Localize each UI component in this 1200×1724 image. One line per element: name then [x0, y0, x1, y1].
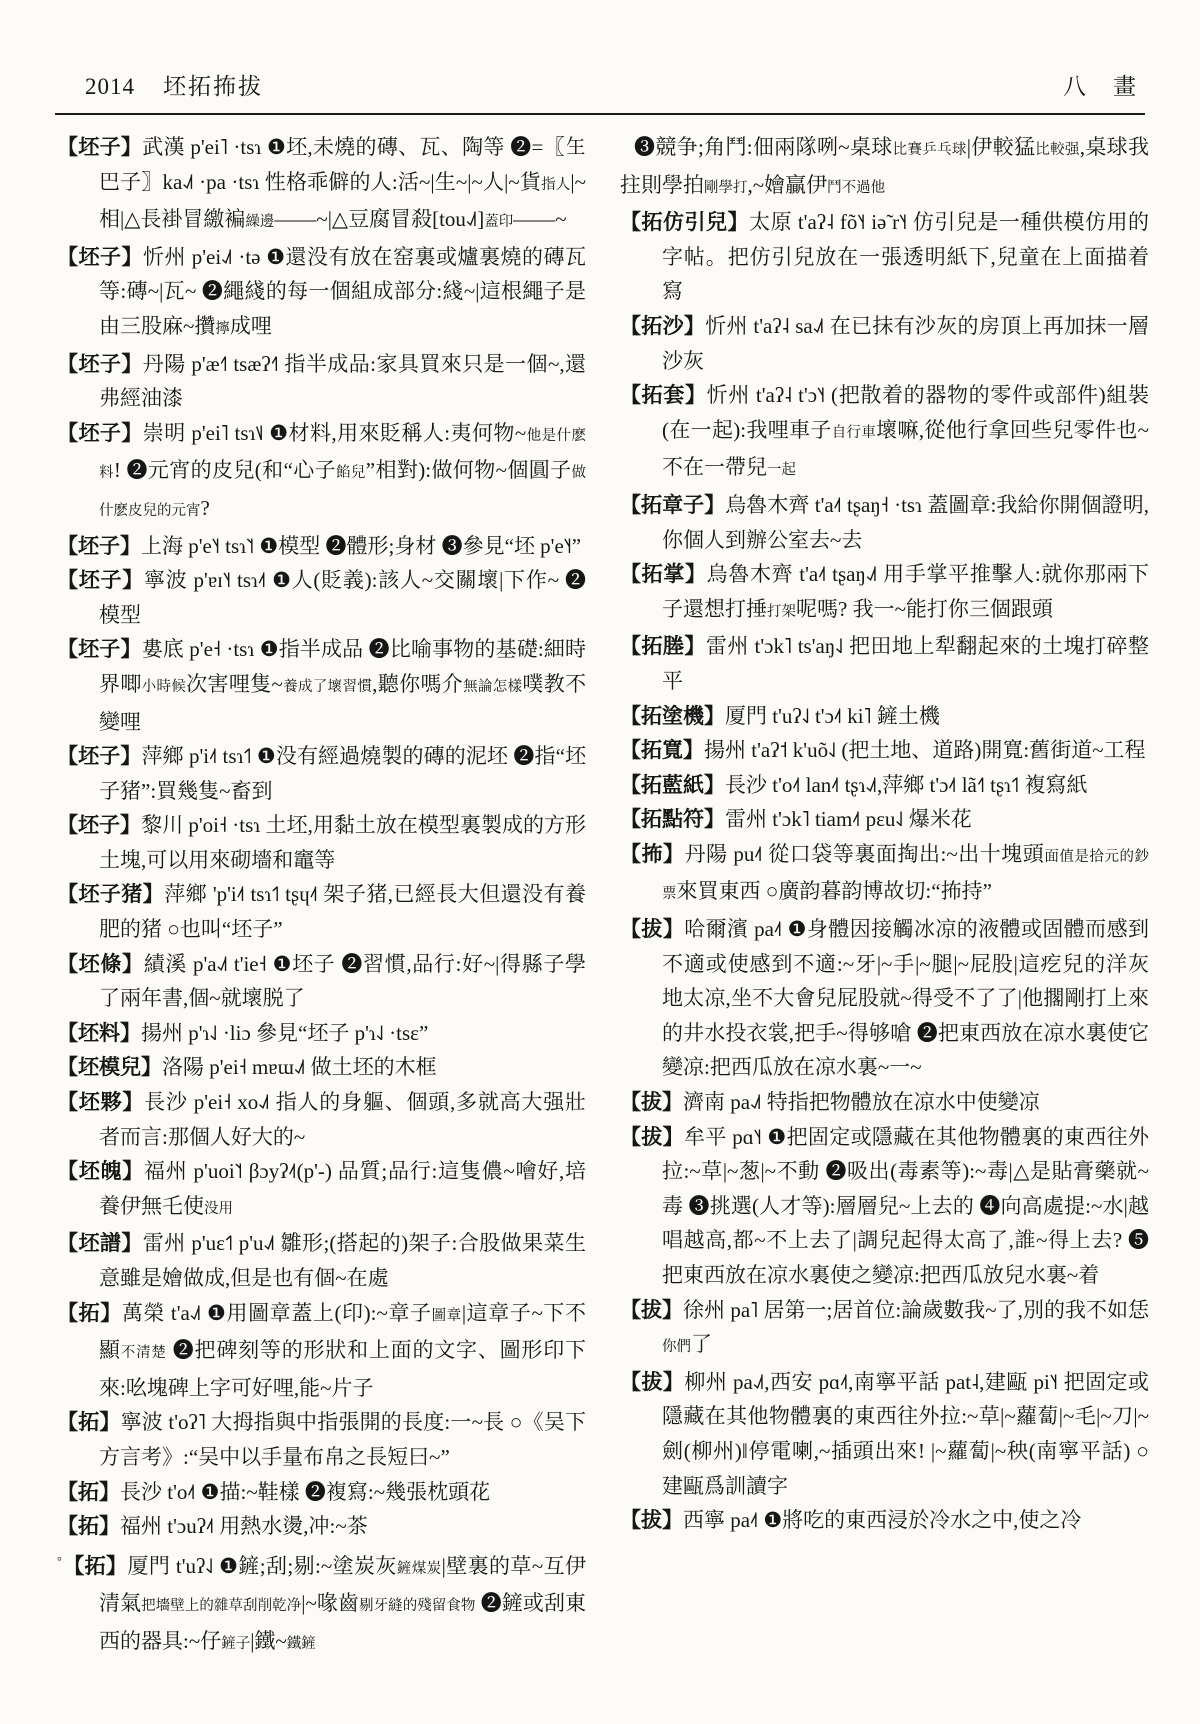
dictionary-entry: 【拓塗機】厦門 t'uʔ˨˩ t'ɔ˨˦ ki˥ 鏟土機 — [620, 699, 1149, 734]
entry-headword: 【拓章子】 — [620, 493, 725, 517]
entry-headword: 【拓】 — [57, 1410, 121, 1434]
dictionary-entry: 【坯子猪】萍鄉 'p'i˨˦ tsɿ˦˥ tʂɥ˨˦ 架子猪,已經長大但還没有養… — [57, 877, 586, 946]
dictionary-entry: 【拓】長沙 t'o˨˦ ❶描:~鞋樣 ❷複寫:~幾張枕頭花 — [57, 1475, 586, 1510]
gloss-small-text: 不清楚 — [121, 1345, 167, 1361]
column-left: 【坯子】武漢 p'ei˥ ·tsɿ ❶坯,未燒的磚、瓦、陶等 ❷=〖玍巴子〗ka… — [57, 130, 586, 1662]
dictionary-entry: 【拔】徐州 pa˥ 居第一;居首位:論歲數我~了,別的我不如恁你們了 — [620, 1293, 1149, 1365]
dictionary-entry: °【拓】厦門 t'uʔ˨˩ ❶鏟;刮;剔:~塗炭灰鏟煤炭|壁裏的草~互伊清氣把墻… — [57, 1544, 586, 1662]
entry-headword: 【坯模兒】 — [57, 1055, 162, 1079]
entry-headword: 【拓掌】 — [620, 562, 707, 586]
gloss-small-text: 剛學打 — [704, 180, 748, 196]
dictionary-entry: 【坯子】上海 p'e˥˧ tsɿ˥˦ ❶模型 ❷體形;身材 ❸參見“坯 p'e˥… — [57, 529, 586, 564]
page-header: 2014 坯拓抪拔 八 畫 — [85, 68, 1138, 101]
gloss-small-text: 比較强 — [1035, 142, 1079, 158]
entry-headword: 【坯夥】 — [57, 1090, 144, 1114]
dictionary-entry: 【拓塍】雷州 t'ɔk˥ ts'aŋ˨˩ 把田地上犁翻起來的土塊打碎整平 — [620, 629, 1149, 698]
dictionary-entry: 【坯譜】雷州 p'uɛ˦˥ p'u˨˩˦ 雛形;(搭起的)架子:合股做果菜生意雖… — [57, 1226, 586, 1295]
gloss-small-text: 養成了壞習慣 — [283, 679, 372, 695]
dictionary-entry: 【拓點符】雷州 t'ɔk˥ tiam˨˦ pɛu˨˩ 爆米花 — [620, 802, 1149, 837]
entry-headword: 【坯魄】 — [57, 1159, 144, 1183]
stroke-section-label: 八 畫 — [1063, 68, 1138, 101]
text-columns: 【坯子】武漢 p'ei˥ ·tsɿ ❶坯,未燒的磚、瓦、陶等 ❷=〖玍巴子〗ka… — [57, 130, 1149, 1662]
dictionary-entry: 【坯子】丹陽 p'æ˧˥ tsæʔ˧˥ 指半成品:家具買來只是一個~,還弗經油漆 — [57, 347, 586, 416]
gloss-small-text: 鏟子 — [221, 1636, 250, 1652]
header-rule — [55, 113, 1145, 115]
gloss-small-text: 餡兒 — [336, 465, 366, 481]
entry-headword: 【拓】 — [63, 1554, 128, 1578]
dictionary-entry: 【坯子】萍鄉 p'i˨˦ tsɿ˦˥ ❶没有經過燒製的磚的泥坯 ❷指“坯子猪”:… — [57, 739, 586, 808]
gloss-small-text: 一起 — [767, 462, 796, 478]
dictionary-entry: 【拔】柳州 pa˨˩˦,西安 pɑ˨˦,南寧平話 pat˨,建甌 pi˥˧ 把固… — [620, 1365, 1149, 1503]
dictionary-entry: 【坯模兒】洛陽 p'ei˧ mɐɯ˨˩˦ 做土坯的木框 — [57, 1050, 586, 1085]
gloss-small-text: 鐵鏟 — [287, 1636, 316, 1652]
entry-headword: 【拔】 — [620, 1125, 684, 1149]
entry-headword: 【拓塗機】 — [620, 704, 725, 728]
dictionary-entry: 【拔】牟平 pɑ˥˧ ❶把固定或隱藏在其他物體裏的東西往外拉:~草|~葱|~不動… — [620, 1120, 1149, 1293]
dictionary-entry: 【坯子】武漢 p'ei˥ ·tsɿ ❶坯,未燒的磚、瓦、陶等 ❷=〖玍巴子〗ka… — [57, 130, 586, 240]
entry-headword: 【坯子】 — [57, 744, 141, 768]
dictionary-entry: 【拓章子】烏魯木齊 t'a˨˦ tʂaŋ˧ ·tsɿ 蓋圖章:我給你開個證明,你… — [620, 488, 1149, 557]
gloss-small-text: 無論怎樣 — [463, 679, 522, 695]
entry-headword: 【坯子】 — [57, 534, 141, 558]
dictionary-entry: 【坯子】婁底 p'e˧ ·tsɿ ❶指半成品 ❷比喻事物的基礎:細時界唧小時候次… — [57, 632, 586, 739]
dictionary-entry: 【坯料】揚州 p'ɿ˨˩ ·liɔ 參見“坯子 p'ɿ˨˩ ·tsɛ” — [57, 1016, 586, 1051]
entry-headword: 【拓套】 — [620, 383, 707, 407]
gloss-small-text: 圖章 — [432, 1308, 462, 1324]
dictionary-entry: 【拓藍紙】長沙 t'o˨˦ lan˨˦ tʂɿ˨˩˦,萍鄉 t'ɔ˨˦ lã˧˥… — [620, 768, 1149, 803]
gloss-small-text: 鬥不過他 — [827, 180, 885, 196]
header-left: 2014 坯拓抪拔 — [85, 68, 263, 101]
gloss-small-text: 繰邊 — [245, 214, 274, 230]
entry-headword: 【坯子】 — [57, 637, 142, 661]
entry-headword: 【坯子猪】 — [57, 882, 164, 906]
dictionary-entry: 【拓】寧波 t'oʔ˥ 大拇指與中指張開的長度:一~長 ○《吴下方言考》:“吴中… — [57, 1405, 586, 1474]
dictionary-entry: 【坯子】崇明 p'ei˥ tsɿ˦˩ ❶材料,用來貶稱人:夷何物~他是什麽料! … — [57, 416, 586, 529]
dictionary-entry: 【拔】濟南 pa˨˩˦ 特指把物體放在凉水中使變凉 — [620, 1085, 1149, 1120]
gloss-small-text: 打架 — [767, 604, 796, 620]
entry-headword: 【坯子】 — [57, 421, 143, 445]
dictionary-entry: 【坯魄】福州 p'uoi˥˦ βɔyʔ˨˦(p'-) 品質;品行:這隻儂~噲好,… — [57, 1154, 586, 1226]
dictionary-entry: 【拓寬】揚州 t'aʔ˦ k'uõ˨˩ (把土地、道路)開寬:舊街道~工程 — [620, 733, 1149, 768]
gloss-small-text: 面值是拾元的鈔票 — [662, 849, 1149, 903]
entry-headword: 【拓寬】 — [620, 738, 704, 762]
dictionary-entry: 【坯條】績溪 p'a˨˩˦ t'ie˧ ❶坯子 ❷習慣,品行:好~|得縣子學了兩… — [57, 947, 586, 1016]
entry-headword: 【坯料】 — [57, 1021, 141, 1045]
entry-headword: 【坯子】 — [57, 135, 142, 159]
entry-headword: 【坯子】 — [57, 352, 143, 376]
dictionary-entry: 【拓掌】烏魯木齊 t'a˨˦ tʂaŋ˨˩˦ 用手掌平推擊人:就你那兩下子還想打… — [620, 557, 1149, 629]
dictionary-entry: ❸競争;角鬥:佃兩隊咧~桌球比賽乒乓球|伊較猛比較强,桌球我拄則學拍剛學打,~嬒… — [620, 130, 1149, 205]
dictionary-entry: 【抪】丹陽 pu˨˦ 從口袋等裏面掏出:~出十塊頭面值是拾元的鈔票來買東西 ○廣… — [620, 837, 1149, 912]
gloss-small-text: 自行車 — [832, 425, 876, 441]
dictionary-entry: 【拓】萬榮 t'a˨˩˦ ❶用圖章蓋上(印):~章子圖章|這章子~下不顯不清楚 … — [57, 1296, 586, 1406]
dictionary-entry: 【坯夥】長沙 p'ei˧ xo˨˩˦ 指人的身軀、個頭,多就高大强壯者而言:那個… — [57, 1085, 586, 1154]
gloss-small-text: 鏟煤炭 — [397, 1561, 442, 1577]
dictionary-entry: 【拔】西寧 pa˨˦ ❶將吃的東西浸於冷水之中,使之冷 — [620, 1503, 1149, 1538]
dictionary-entry: 【拓仿引兒】太原 t'aʔ˨ fõ˥˧ iə̃ r˥˧ 仿引兒是一種供模仿用的字… — [620, 205, 1149, 309]
entry-headword: 【拔】 — [620, 1508, 683, 1532]
dictionary-entry: 【拓】福州 t'ɔuʔ˨˦ 用熱水燙,冲:~茶 — [57, 1509, 586, 1544]
gloss-small-text: 小時候 — [142, 679, 187, 695]
entry-headword: 【坯子】 — [57, 813, 141, 837]
ring-diacritic: ° — [57, 1554, 62, 1568]
dictionary-entry: 【拔】哈爾濱 pa˨˦ ❶身體因接觸冰凉的液體或固體而感到不適或使感到不適:~牙… — [620, 912, 1149, 1085]
gloss-small-text: 没用 — [204, 1201, 233, 1217]
dictionary-entry: 【拓沙】忻州 t'aʔ˨ sa˨˩˦ 在已抹有沙灰的房頂上再加抹一層沙灰 — [620, 309, 1149, 378]
gloss-small-text: 你們 — [662, 1339, 691, 1355]
entry-headword: 【拓】 — [57, 1514, 120, 1538]
gloss-small-text: 指人 — [541, 177, 570, 193]
entry-headword: 【坯子】 — [57, 245, 143, 269]
page-number: 2014 — [85, 74, 135, 100]
entry-headword: 【拓點符】 — [620, 807, 725, 831]
entry-headword: 【拓仿引兒】 — [620, 210, 749, 234]
entry-headword: 【拓塍】 — [620, 634, 706, 658]
column-right: ❸競争;角鬥:佃兩隊咧~桌球比賽乒乓球|伊較猛比較强,桌球我拄則學拍剛學打,~嬒… — [620, 130, 1149, 1662]
gloss-small-text: 剔牙縫的殘留食物 — [359, 1598, 475, 1614]
entry-headword: 【坯譜】 — [57, 1231, 143, 1255]
dictionary-entry: 【坯子】忻州 p'ei˨˩˦ ·tə ❶還没有放在窑裏或爐裏燒的磚瓦等:磚~|瓦… — [57, 240, 586, 347]
entry-headword: 【拓藍紙】 — [620, 773, 725, 797]
gloss-small-text: 把墻壁上的雜草刮削乾净 — [141, 1598, 301, 1614]
entry-headword: 【拓】 — [57, 1480, 120, 1504]
entry-headword: 【坯條】 — [57, 952, 144, 976]
dictionary-entry: 【拓套】忻州 t'aʔ˨ t'ɔ˥˧ (把散着的器物的零件或部件)組裝(在一起)… — [620, 378, 1149, 488]
entry-headword: 【拔】 — [620, 1298, 683, 1322]
dictionary-entry: 【坯子】黎川 p'oi˧ ·tsɿ 土坯,用黏土放在模型裏製成的方形土塊,可以用… — [57, 808, 586, 877]
dictionary-page: 2014 坯拓抪拔 八 畫 【坯子】武漢 p'ei˥ ·tsɿ ❶坯,未燒的磚、… — [0, 0, 1200, 1724]
gloss-small-text: 比賽乒乓球 — [893, 142, 967, 158]
entry-headword: 【拓沙】 — [620, 314, 705, 338]
entry-headword: 【抪】 — [620, 842, 685, 866]
gloss-small-text: 擰 — [215, 321, 230, 337]
header-thumb-words: 坯拓抪拔 — [163, 68, 263, 101]
entry-headword: 【拔】 — [620, 1370, 684, 1394]
entry-headword: 【拔】 — [620, 917, 684, 941]
entry-headword: 【坯子】 — [57, 568, 144, 592]
gloss-small-text: 蓋印 — [484, 214, 513, 230]
dictionary-entry: 【坯子】寧波 p'ɐɪ˥˧ tsɿ˨˦ ❶人(貶義):該人~交關壞|下作~ ❷模… — [57, 563, 586, 632]
entry-headword: 【拔】 — [620, 1090, 683, 1114]
entry-headword: 【拓】 — [57, 1301, 122, 1325]
